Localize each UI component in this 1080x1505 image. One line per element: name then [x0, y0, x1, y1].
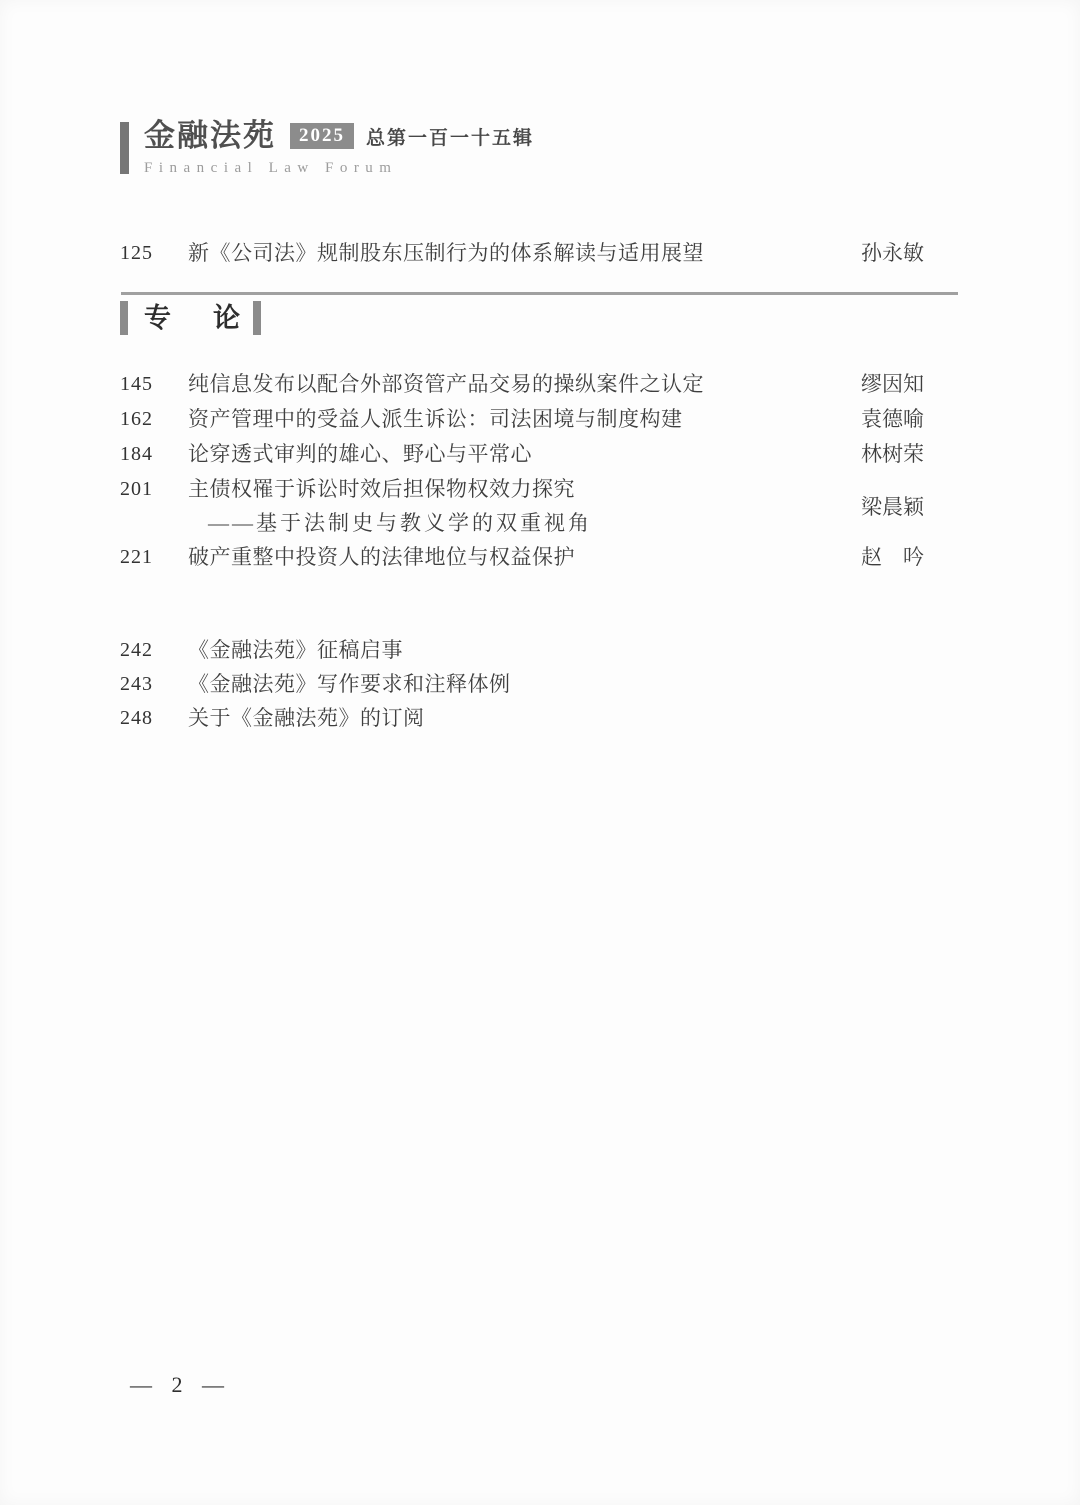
toc-entry-title: 资产管理中的受益人派生诉讼：司法困境与制度构建 — [188, 402, 824, 437]
toc-entry-page-number: 221 — [120, 540, 188, 575]
toc-entry: 248 关于《金融法苑》的订阅 — [120, 701, 958, 735]
toc-entry-page-number: 243 — [120, 667, 188, 701]
section-entry-list: 145 纯信息发布以配合外部资管产品交易的操纵案件之认定 缪因知 162 资产管… — [120, 367, 958, 575]
toc-entry-page-number: 125 — [120, 236, 188, 271]
toc-entry: 201 主债权罹于诉讼时效后担保物权效力探究 ——基于法制史与教义学的双重视角 … — [120, 472, 958, 540]
toc-entry-page-number: 242 — [120, 633, 188, 667]
toc-entry-author: 梁晨颖 — [824, 491, 958, 521]
journal-toc-page: 金融法苑 2025 总第一百一十五辑 Financial Law Forum 1… — [0, 0, 1080, 1505]
masthead-accent-bar — [120, 122, 129, 174]
toc-entry-title: 破产重整中投资人的法律地位与权益保护 — [188, 540, 824, 575]
toc-entry-author: 孙永敏 — [824, 236, 958, 271]
toc-entry-title: 论穿透式审判的雄心、野心与平常心 — [188, 437, 824, 472]
toc-entry-page-number: 162 — [120, 402, 188, 437]
toc-entry-title: 《金融法苑》征稿启事 — [188, 633, 958, 667]
volume-label: 总第一百一十五辑 — [366, 123, 534, 150]
section-header-label: 论 — [213, 305, 240, 332]
toc-entry: 162 资产管理中的受益人派生诉讼：司法困境与制度构建 袁德喻 — [120, 402, 958, 437]
section-header-special-discussion: 专 论 — [120, 300, 261, 336]
toc-entry: 145 纯信息发布以配合外部资管产品交易的操纵案件之认定 缪因知 — [120, 367, 958, 402]
journal-masthead: 金融法苑 2025 总第一百一十五辑 Financial Law Forum — [120, 120, 534, 177]
back-matter-entry-list: 242 《金融法苑》征稿启事 243 《金融法苑》写作要求和注释体例 248 关… — [120, 633, 958, 735]
toc-entry-title-block: 主债权罹于诉讼时效后担保物权效力探究 ——基于法制史与教义学的双重视角 — [188, 472, 824, 540]
journal-subtitle-en: Financial Law Forum — [144, 160, 534, 177]
toc-entry-author: 赵 吟 — [824, 540, 958, 575]
toc-entry-title: 主债权罹于诉讼时效后担保物权效力探究 — [188, 472, 824, 506]
toc-entry-title: 关于《金融法苑》的订阅 — [188, 701, 958, 735]
section-header-left-bar — [120, 301, 128, 335]
toc-entry-title: 纯信息发布以配合外部资管产品交易的操纵案件之认定 — [188, 367, 824, 402]
section-header-label: 专 — [144, 305, 171, 332]
toc-entry-page-number: 145 — [120, 367, 188, 402]
page-number: — 2 — — [130, 1372, 225, 1398]
toc-entry: 125 新《公司法》规制股东压制行为的体系解读与适用展望 孙永敏 — [120, 236, 958, 271]
toc-entry-page-number: 201 — [120, 472, 188, 540]
masthead-text: 金融法苑 2025 总第一百一十五辑 Financial Law Forum — [144, 120, 534, 177]
section-divider-rule — [121, 292, 958, 295]
journal-title: 金融法苑 — [144, 120, 276, 153]
toc-entry: 221 破产重整中投资人的法律地位与权益保护 赵 吟 — [120, 540, 958, 575]
toc-entry-page-number: 248 — [120, 701, 188, 735]
toc-entry-author: 袁德喻 — [824, 402, 958, 437]
toc-entry-page-number: 184 — [120, 437, 188, 472]
toc-entry-subtitle: ——基于法制史与教义学的双重视角 — [188, 506, 824, 540]
toc-entry-title: 《金融法苑》写作要求和注释体例 — [188, 667, 958, 701]
toc-entry: 243 《金融法苑》写作要求和注释体例 — [120, 667, 958, 701]
toc-entry: 242 《金融法苑》征稿启事 — [120, 633, 958, 667]
toc-entry-title: 新《公司法》规制股东压制行为的体系解读与适用展望 — [188, 236, 824, 271]
toc-entry-author: 缪因知 — [824, 367, 958, 402]
year-badge: 2025 — [290, 123, 354, 149]
toc-entry-author: 林树荣 — [824, 437, 958, 472]
toc-entry: 184 论穿透式审判的雄心、野心与平常心 林树荣 — [120, 437, 958, 472]
section-header-right-bar — [253, 301, 261, 335]
